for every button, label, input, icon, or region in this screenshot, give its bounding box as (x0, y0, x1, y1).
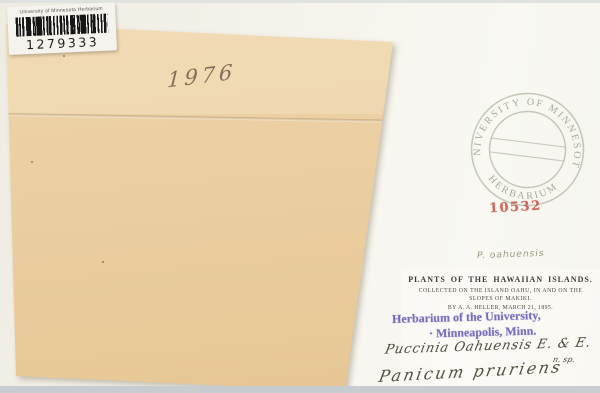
barcode (15, 14, 108, 37)
herbarium-scan: · UNIVERSITY OF MINNESOTA · HERBARIUM 10… (0, 0, 600, 393)
packet-shading (0, 0, 600, 393)
specimen-packet: 1976 (0, 0, 600, 393)
packet-speck (63, 55, 65, 57)
packet-speck (102, 261, 104, 263)
barcode-number: 1279333 (14, 34, 111, 53)
scan-edge (0, 386, 600, 393)
barcode-label: University of Minnesota Herbarium 127933… (7, 2, 117, 55)
packet-speck (31, 161, 33, 163)
specimen-packet-wrap: 1976 (0, 0, 600, 393)
